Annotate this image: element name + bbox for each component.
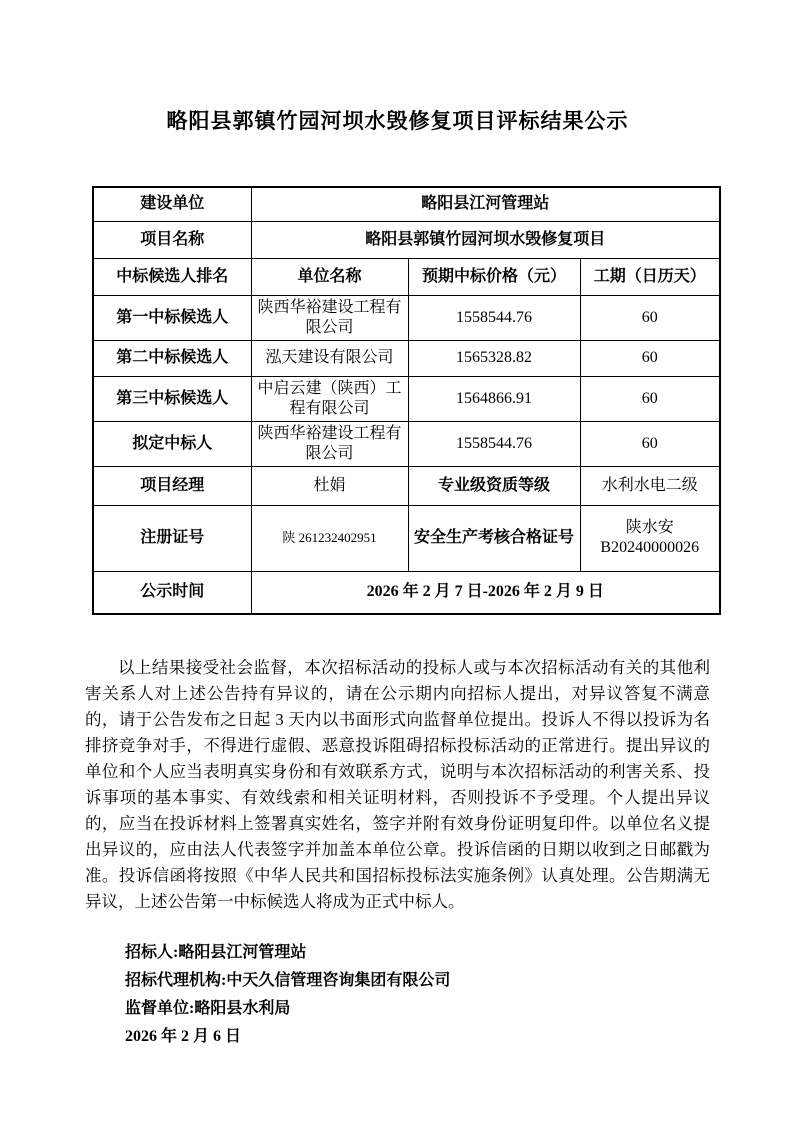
project-name-label: 项目名称: [93, 221, 251, 258]
certificate-row: 注册证号 陕 261232402951 安全生产考核合格证号 陕水安 B2024…: [93, 505, 720, 571]
candidate-company: 中启云建（陕西）工程有限公司: [251, 376, 408, 421]
construction-unit-label: 建设单位: [93, 187, 251, 221]
candidate-row: 第一中标候选人 陕西华裕建设工程有限公司 1558544.76 60: [93, 295, 720, 340]
column-header-rank: 中标候选人排名: [93, 258, 251, 295]
qualification-label: 专业级资质等级: [408, 466, 580, 505]
signature-block: 招标人:略阳县江河管理站 招标代理机构:中天久信管理咨询集团有限公司 监督单位:…: [125, 939, 710, 1051]
candidate-row: 第二中标候选人 泓天建设有限公司 1565328.82 60: [93, 340, 720, 376]
candidate-rank: 第一中标候选人: [93, 295, 251, 340]
candidate-duration: 60: [580, 421, 720, 466]
registration-number-label: 注册证号: [93, 505, 251, 571]
announcement-document: 略阳县郭镇竹园河坝水毁修复项目评标结果公示 建设单位 略阳县江河管理站 项目名称…: [0, 0, 793, 1122]
table-row: 项目名称 略阳县郭镇竹园河坝水毁修复项目: [93, 221, 720, 258]
publicity-period-row: 公示时间 2026 年 2 月 7 日-2026 年 2 月 9 日: [93, 571, 720, 614]
candidate-price: 1565328.82: [408, 340, 580, 376]
safety-certificate-value: 陕水安 B20240000026: [580, 505, 720, 571]
publicity-period-value: 2026 年 2 月 7 日-2026 年 2 月 9 日: [251, 571, 720, 614]
tenderer-line: 招标人:略阳县江河管理站: [125, 939, 710, 967]
candidate-duration: 60: [580, 376, 720, 421]
agency-line: 招标代理机构:中天久信管理咨询集团有限公司: [125, 967, 710, 995]
project-manager-name: 杜娟: [251, 466, 408, 505]
announcement-date: 2026 年 2 月 6 日: [125, 1023, 710, 1051]
table-row: 建设单位 略阳县江河管理站: [93, 187, 720, 221]
project-name-value: 略阳县郭镇竹园河坝水毁修复项目: [251, 221, 720, 258]
candidate-company: 陕西华裕建设工程有限公司: [251, 295, 408, 340]
project-manager-label: 项目经理: [93, 466, 251, 505]
supervision-notice-paragraph: 以上结果接受社会监督，本次招标活动的投标人或与本次招标活动有关的其他利害关系人对…: [85, 655, 710, 915]
candidate-rank: 拟定中标人: [93, 421, 251, 466]
qualification-value: 水利水电二级: [580, 466, 720, 505]
registration-number-value: 陕 261232402951: [251, 505, 408, 571]
project-manager-row: 项目经理 杜娟 专业级资质等级 水利水电二级: [93, 466, 720, 505]
candidate-price: 1558544.76: [408, 421, 580, 466]
column-header-company: 单位名称: [251, 258, 408, 295]
candidate-duration: 60: [580, 340, 720, 376]
candidate-row: 拟定中标人 陕西华裕建设工程有限公司 1558544.76 60: [93, 421, 720, 466]
candidate-company: 陕西华裕建设工程有限公司: [251, 421, 408, 466]
column-header-duration: 工期（日历天）: [580, 258, 720, 295]
construction-unit-value: 略阳县江河管理站: [251, 187, 720, 221]
candidate-price: 1558544.76: [408, 295, 580, 340]
candidate-rank: 第二中标候选人: [93, 340, 251, 376]
supervisor-line: 监督单位:略阳县水利局: [125, 995, 710, 1023]
candidate-price: 1564866.91: [408, 376, 580, 421]
candidate-row: 第三中标候选人 中启云建（陕西）工程有限公司 1564866.91 60: [93, 376, 720, 421]
column-header-price: 预期中标价格（元）: [408, 258, 580, 295]
bid-result-table: 建设单位 略阳县江河管理站 项目名称 略阳县郭镇竹园河坝水毁修复项目 中标候选人…: [92, 186, 721, 615]
table-header-row: 中标候选人排名 单位名称 预期中标价格（元） 工期（日历天）: [93, 258, 720, 295]
candidate-rank: 第三中标候选人: [93, 376, 251, 421]
page-title: 略阳县郭镇竹园河坝水毁修复项目评标结果公示: [85, 106, 710, 136]
safety-certificate-label: 安全生产考核合格证号: [408, 505, 580, 571]
candidate-company: 泓天建设有限公司: [251, 340, 408, 376]
publicity-period-label: 公示时间: [93, 571, 251, 614]
candidate-duration: 60: [580, 295, 720, 340]
